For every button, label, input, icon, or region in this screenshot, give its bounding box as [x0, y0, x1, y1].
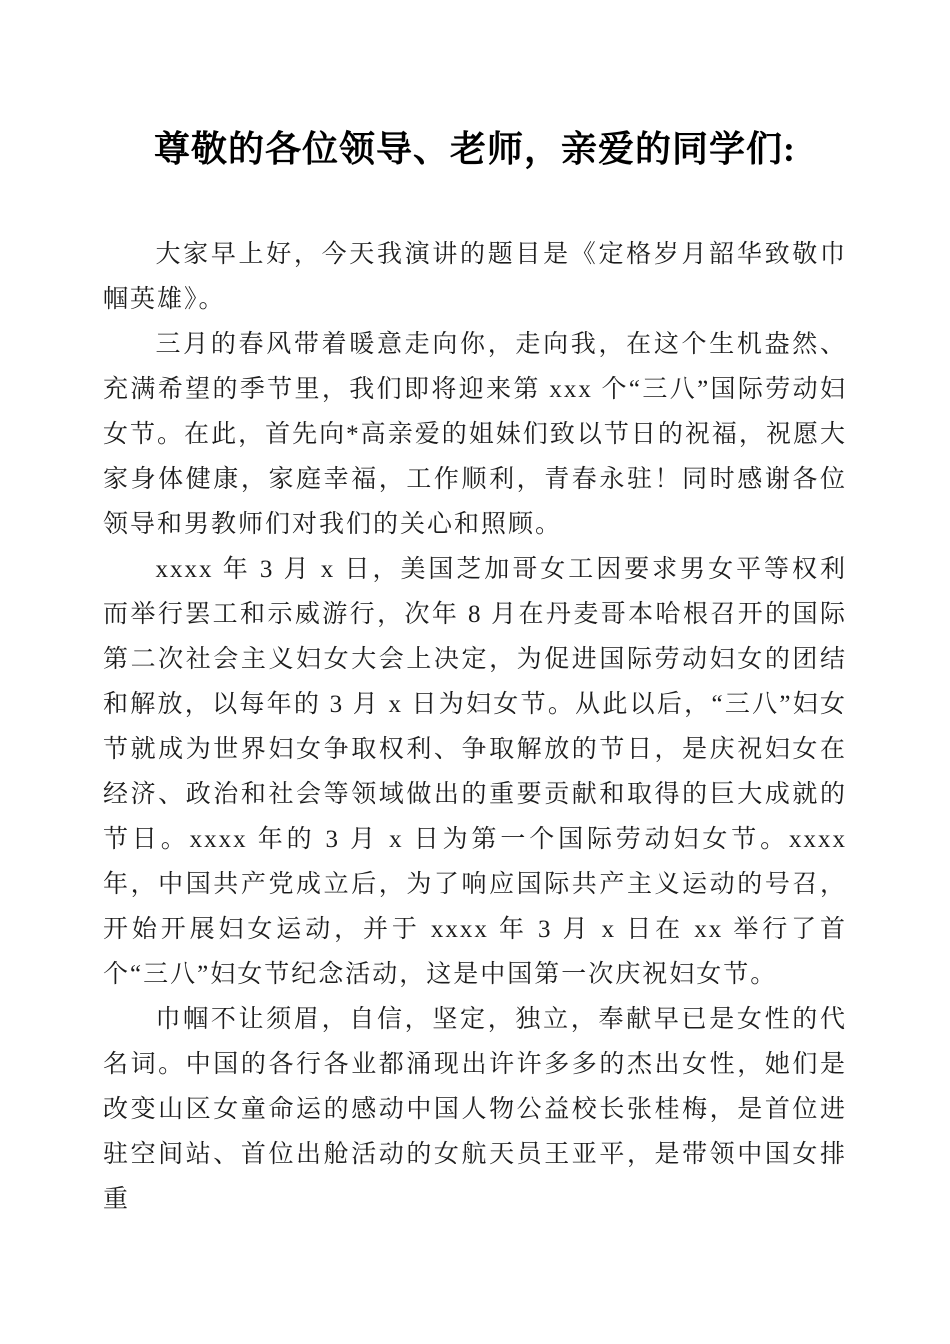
paragraph-festival-wishes: 三月的春风带着暖意走向你，走向我，在这个生机盎然、充满希望的季节里，我们即将迎来…: [103, 322, 847, 547]
paragraph-history: xxxx 年 3 月 x 日，美国芝加哥女工因要求男女平等权利而举行罢工和示威游…: [103, 547, 847, 997]
paragraph-greeting: 大家早上好，今天我演讲的题目是《定格岁月韶华致敬巾帼英雄》。: [103, 232, 847, 322]
document-page: 尊敬的各位领导、老师，亲爱的同学们: 大家早上好，今天我演讲的题目是《定格岁月韶…: [0, 0, 950, 1344]
paragraph-heroines: 巾帼不让须眉，自信，坚定，独立，奉献早已是女性的代名词。中国的各行各业都涌现出许…: [103, 997, 847, 1222]
document-body: 大家早上好，今天我演讲的题目是《定格岁月韶华致敬巾帼英雄》。 三月的春风带着暖意…: [103, 232, 847, 1222]
document-title: 尊敬的各位领导、老师，亲爱的同学们:: [103, 122, 847, 176]
